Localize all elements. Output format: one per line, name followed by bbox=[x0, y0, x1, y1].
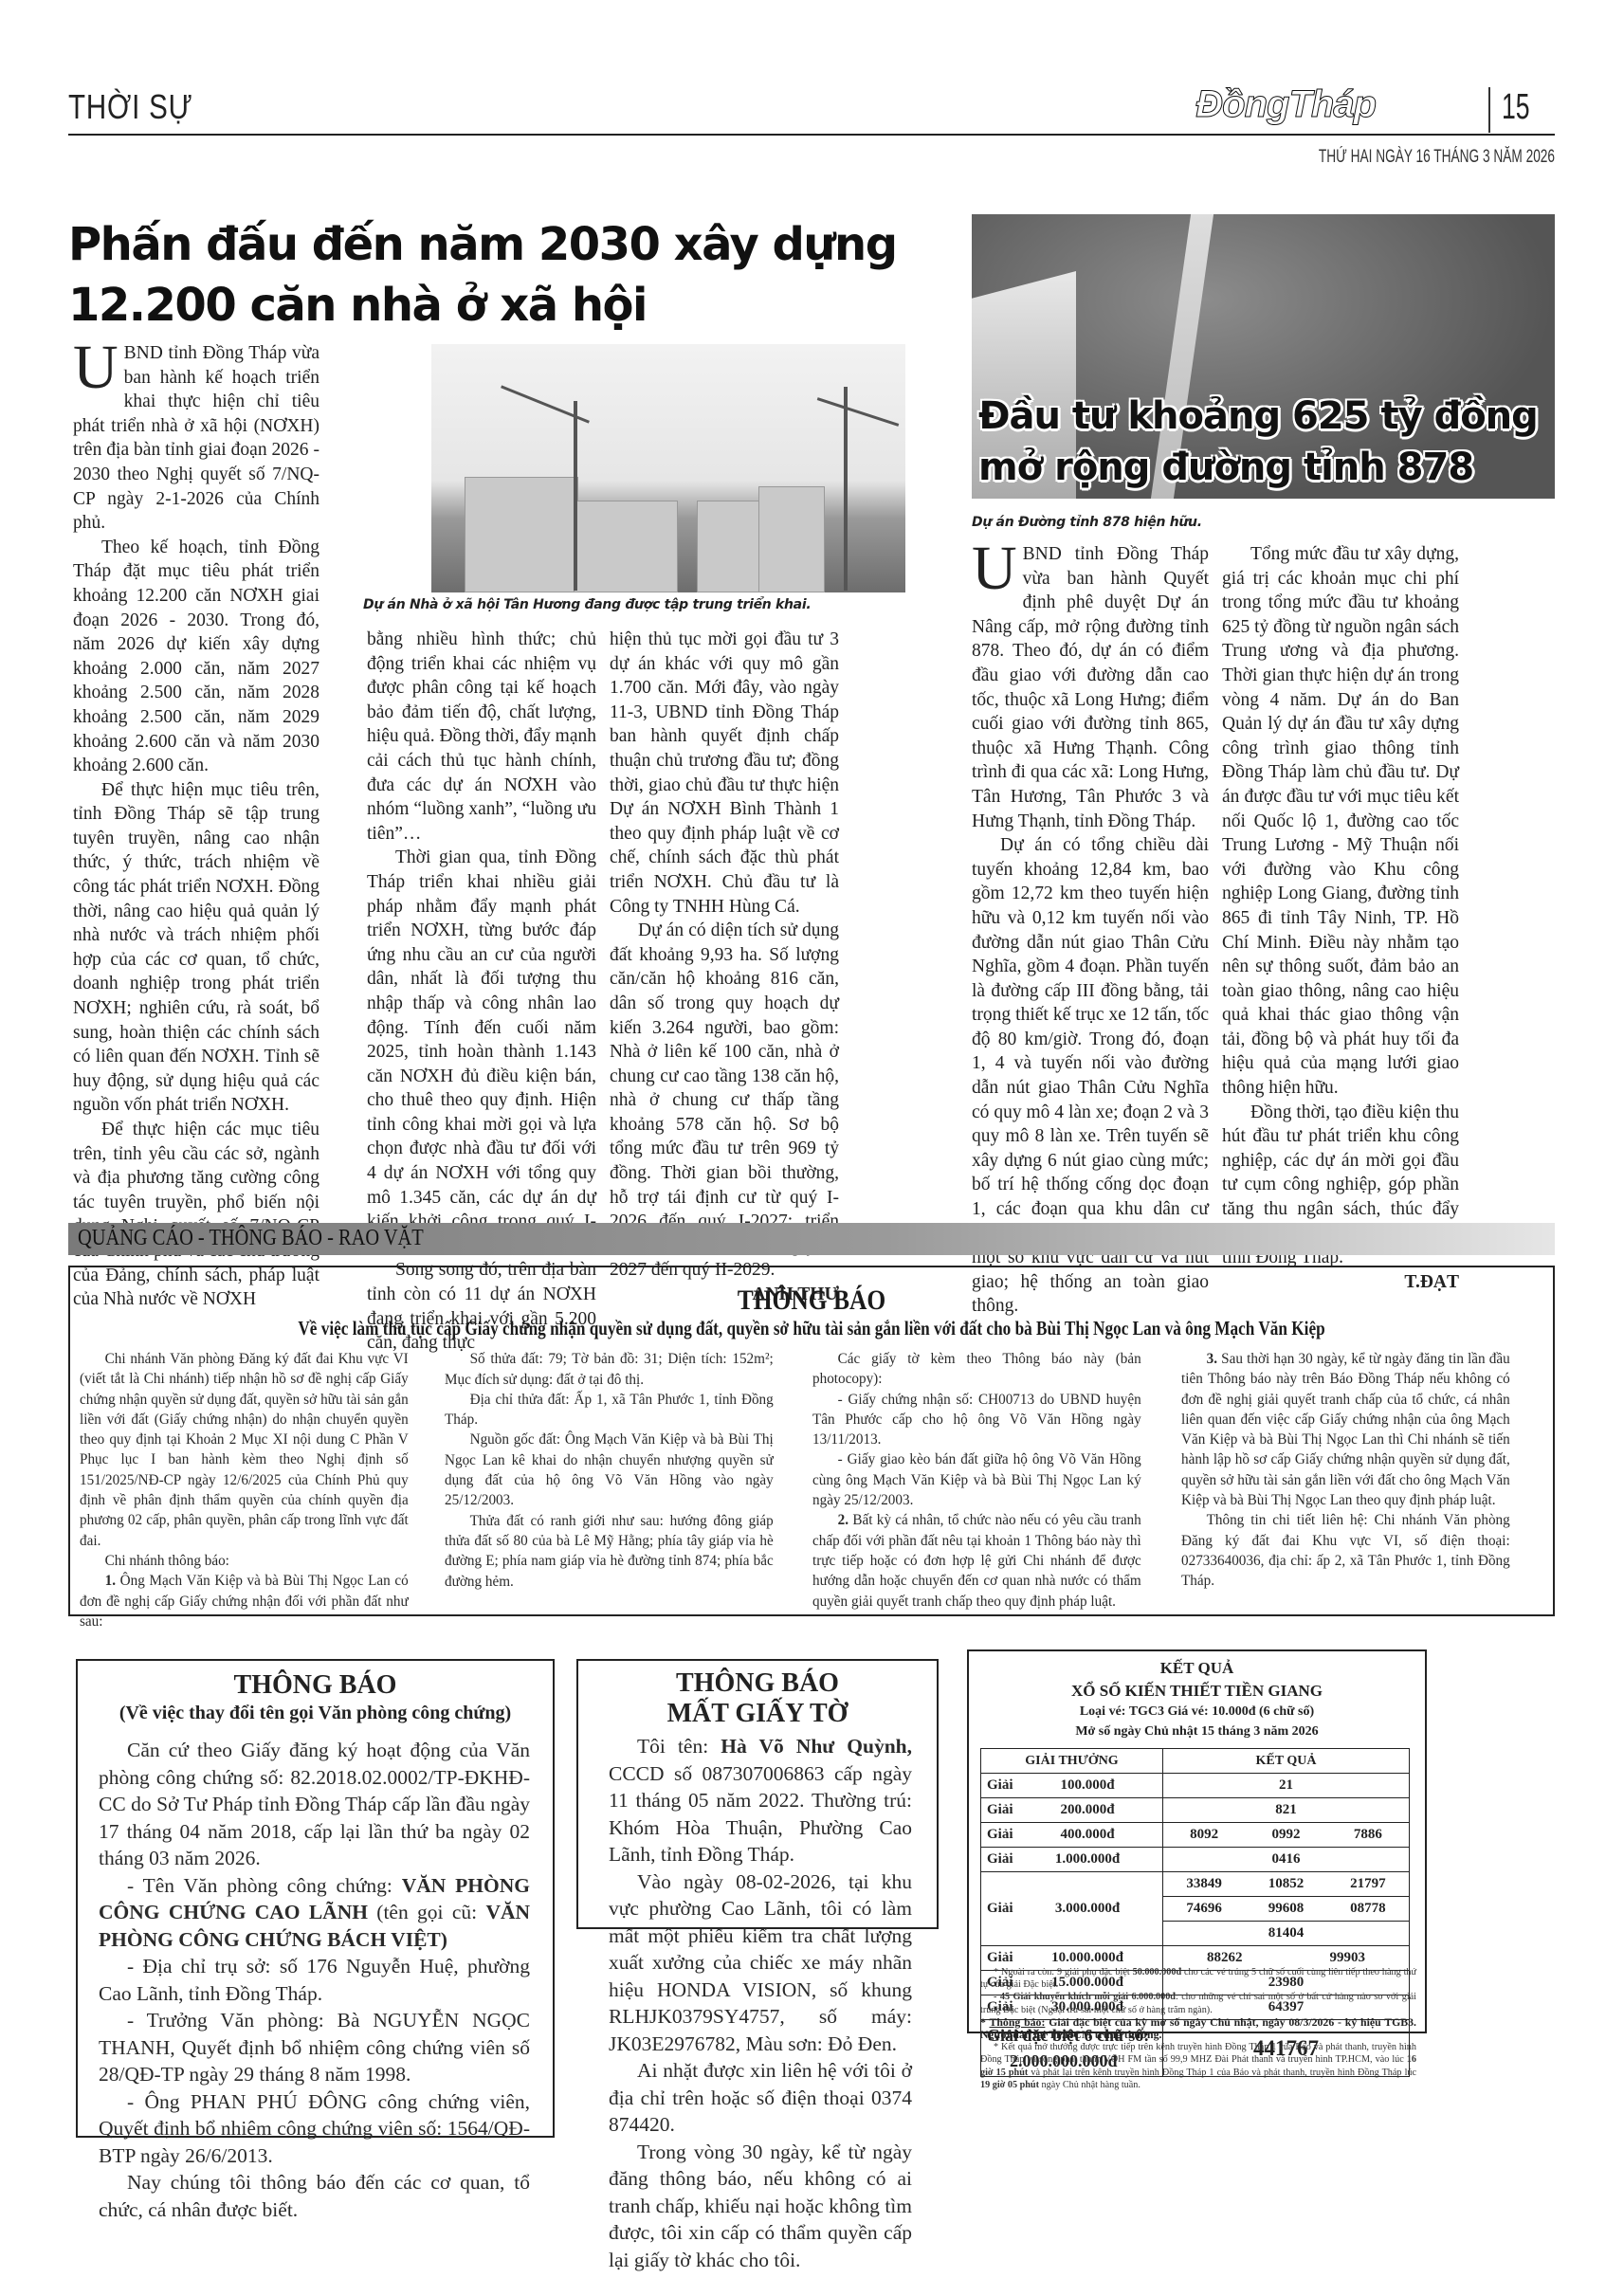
paragraph: - Địa chỉ trụ sở: số 176 Nguyễn Huệ, phư… bbox=[99, 1953, 530, 2007]
note-announcement: * Thông báo: Giải đặc biệt của kỳ mở số … bbox=[980, 2016, 1416, 2041]
paragraph: 2. Bất kỳ cá nhân, tổ chức nào nếu có yê… bbox=[812, 1510, 1141, 1611]
building-shape bbox=[574, 501, 678, 592]
table-row: Giải1.000.000đ 0416 bbox=[981, 1848, 1410, 1872]
paragraph: Nay chúng tôi thông báo đến các cơ quan,… bbox=[99, 2169, 530, 2223]
paragraph: Tổng mức đầu tư xây dựng, giá trị các kh… bbox=[1222, 542, 1459, 1101]
paragraph: Để thực hiện mục tiêu trên, tỉnh Đồng Th… bbox=[73, 778, 319, 1118]
notice-title: THÔNG BÁO bbox=[78, 1670, 553, 1701]
ads-section-label: QUẢNG CÁO - THÔNG BÁO - RAO VẶT bbox=[78, 1226, 424, 1251]
section-label: THỜI SỰ bbox=[68, 87, 193, 127]
crane-arm bbox=[817, 397, 900, 427]
article2-column-1: UBND tỉnh Đồng Tháp vừa ban hành Quyết đ… bbox=[972, 542, 1209, 1319]
notice-column-4: 3. Sau thời hạn 30 ngày, kể từ ngày đăng… bbox=[1181, 1349, 1510, 1592]
notice-title-line2: MẤT GIẤY TỜ bbox=[578, 1699, 937, 1729]
notice-title: THÔNG BÁO bbox=[181, 1285, 1441, 1317]
table-row: Giải3.000.000đ 338491085221797 bbox=[981, 1872, 1410, 1897]
result-number: 08778 bbox=[1350, 1901, 1386, 1917]
result-number: 81404 bbox=[1163, 1922, 1410, 1946]
paragraph: Thời gian qua, tỉnh Đồng Tháp triển khai… bbox=[367, 846, 596, 1258]
issue-date: THỨ HAI NGÀY 16 THÁNG 3 NĂM 2026 bbox=[1319, 147, 1555, 168]
paragraph: hiện thủ tục mời gọi đầu tư 3 dự án khác… bbox=[610, 628, 839, 919]
dropcap: U bbox=[972, 544, 1017, 593]
lottery-results: KẾT QUẢ XỔ SỐ KIẾN THIẾT TIỀN GIANG Loại… bbox=[967, 1649, 1427, 2033]
lottery-ticket-info: Loại vé: TGC3 Giá vé: 10.000đ (6 chữ số) bbox=[969, 1704, 1425, 1720]
notice-land-certificate: THÔNG BÁO Về việc làm thủ tục cấp Giấy c… bbox=[68, 1266, 1555, 1616]
page-number: 15 bbox=[1502, 87, 1530, 128]
paragraph: Địa chỉ thửa đất: Ấp 1, xã Tân Phước 1, … bbox=[445, 1390, 774, 1430]
notice-column-3: Các giấy tờ kèm theo Thông báo này (bản … bbox=[812, 1349, 1141, 1612]
result-number: 10852 bbox=[1268, 1876, 1305, 1892]
notice-subtitle: Về việc làm thủ tục cấp Giấy chứng nhận … bbox=[204, 1317, 1419, 1340]
note: - 45 Giải khuyến khích mỗi giải 6.000.00… bbox=[980, 1991, 1416, 2015]
article1-headline: Phấn đấu đến năm 2030 xây dựng 12.200 că… bbox=[68, 214, 959, 336]
article2-headline: Đầu tư khoảng 625 tỷ đồng mở rộng đường … bbox=[978, 391, 1566, 493]
notice-body: Tôi tên: Hà Võ Như Quỳnh, CCCD số 087307… bbox=[609, 1733, 912, 2273]
paragraph: - Giấy chứng nhận số: CH00713 do UBND hu… bbox=[812, 1390, 1141, 1450]
lottery-subtitle: XỔ SỐ KIẾN THIẾT TIỀN GIANG bbox=[969, 1682, 1425, 1701]
paragraph: - Giấy giao kèo bán đất giữa hộ ông Võ V… bbox=[812, 1449, 1141, 1510]
notice-column-2: . Số thửa đất: 79; Tờ bản đồ: 31; Diện t… bbox=[445, 1329, 774, 1592]
paragraph: Chi nhánh Văn phòng Đăng ký đất đai Khu … bbox=[80, 1349, 409, 1551]
table-row: Giải100.000đ 21 bbox=[981, 1774, 1410, 1798]
paragraph: - Tên Văn phòng công chứng: VĂN PHÒNG CÔ… bbox=[99, 1872, 530, 1954]
masthead-logo: ĐồngTháp bbox=[1195, 83, 1376, 126]
article1-column-1: UBND tỉnh Đồng Tháp vừa ban hành kế hoạc… bbox=[73, 341, 319, 1312]
result-number: 21 bbox=[1163, 1774, 1410, 1798]
paragraph: Số thửa đất: 79; Tờ bản đồ: 31; Diện tíc… bbox=[445, 1349, 774, 1390]
result-number: 21797 bbox=[1350, 1876, 1386, 1892]
article1-photo-caption: Dự án Nhà ở xã hội Tân Hương đang được t… bbox=[363, 597, 811, 612]
result-number: 0416 bbox=[1163, 1848, 1410, 1872]
note: * Kết quả mở thưởng được trực tiếp trên … bbox=[980, 2041, 1416, 2091]
lottery-notes: * Ngoài ra còn: 9 giải phụ đặc biệt 50.0… bbox=[980, 1966, 1416, 2091]
note: * Ngoài ra còn: 9 giải phụ đặc biệt 50.0… bbox=[980, 1966, 1416, 1991]
table-row: Giải400.000đ 809209927886 bbox=[981, 1823, 1410, 1848]
crane-icon bbox=[574, 401, 577, 591]
building-shape bbox=[697, 501, 763, 592]
paragraph: Căn cứ theo Giấy đăng ký hoạt động của V… bbox=[99, 1737, 530, 1872]
dropcap: U bbox=[73, 343, 119, 392]
table-row: Giải200.000đ 821 bbox=[981, 1798, 1410, 1823]
article2-lead: UBND tỉnh Đồng Tháp vừa ban hành Quyết đ… bbox=[972, 542, 1209, 833]
paragraph: bằng nhiều hình thức; chủ động triển kha… bbox=[367, 628, 596, 846]
notice-lost-document: THÔNG BÁO MẤT GIẤY TỜ Tôi tên: Hà Võ Như… bbox=[576, 1659, 939, 1929]
lottery-draw-date: Mở số ngày Chủ nhật 15 tháng 3 năm 2026 bbox=[969, 1724, 1425, 1740]
result-number: 0992 bbox=[1271, 1827, 1300, 1843]
result-number: 33849 bbox=[1186, 1876, 1222, 1892]
article2-photo-caption: Dự án Đường tỉnh 878 hiện hữu. bbox=[972, 515, 1202, 530]
paragraph: Theo kế hoạch, tỉnh Đồng Tháp đặt mục ti… bbox=[73, 536, 319, 778]
result-number: 88262 bbox=[1207, 1950, 1243, 1966]
crane-icon bbox=[844, 387, 848, 591]
lottery-title: KẾT QUẢ bbox=[969, 1659, 1425, 1678]
article2-column-2: Tổng mức đầu tư xây dựng, giá trị các kh… bbox=[1222, 542, 1459, 1294]
notice-body: Căn cứ theo Giấy đăng ký hoạt động của V… bbox=[99, 1737, 530, 2223]
paragraph: - Ông PHAN PHÚ ĐÔNG công chứng viên, Quy… bbox=[99, 2088, 530, 2170]
header-rule bbox=[68, 134, 1555, 136]
notice-title: THÔNG BÁO bbox=[578, 1668, 937, 1699]
article1-photo bbox=[431, 344, 905, 592]
notice-column-1: Chi nhánh Văn phòng Đăng ký đất đai Khu … bbox=[80, 1349, 409, 1631]
masthead-divider bbox=[1488, 87, 1490, 133]
result-number: 7886 bbox=[1354, 1827, 1382, 1843]
result-number: 821 bbox=[1163, 1798, 1410, 1823]
table-header: GIẢI THƯỞNG KẾT QUẢ bbox=[981, 1749, 1410, 1774]
column-header-prize: GIẢI THƯỞNG bbox=[981, 1749, 1163, 1774]
notice-notary-rename: THÔNG BÁO (Về việc thay đổi tên gọi Văn … bbox=[76, 1659, 555, 2138]
paragraph: Trong vòng 30 ngày, kể từ ngày đăng thôn… bbox=[609, 2139, 912, 2274]
ads-section-band: QUẢNG CÁO - THÔNG BÁO - RAO VẶT bbox=[68, 1223, 1555, 1255]
paragraph: Nguồn gốc đất: Ông Mạch Văn Kiệp và bà B… bbox=[445, 1430, 774, 1510]
column-header-result: KẾT QUẢ bbox=[1163, 1749, 1410, 1774]
paragraph: Ai nhặt được xin liên hệ với tôi ở địa c… bbox=[609, 2057, 912, 2139]
paragraph: Chi nhánh thông báo: bbox=[80, 1551, 409, 1571]
paragraph: 3. Sau thời hạn 30 ngày, kể từ ngày đăng… bbox=[1181, 1349, 1510, 1510]
article1-column-3: hiện thủ tục mời gọi đầu tư 3 dự án khác… bbox=[610, 628, 839, 1307]
result-number: 99608 bbox=[1268, 1901, 1305, 1917]
building-shape bbox=[758, 486, 825, 592]
notice-subtitle: (Về việc thay đổi tên gọi Văn phòng công… bbox=[78, 1703, 553, 1724]
paragraph: Các giấy tờ kèm theo Thông báo này (bản … bbox=[812, 1349, 1141, 1390]
paragraph: 1. Ông Mạch Văn Kiệp và bà Bùi Thị Ngọc … bbox=[80, 1571, 409, 1631]
result-number: 8092 bbox=[1190, 1827, 1218, 1843]
result-number: 99903 bbox=[1330, 1950, 1366, 1966]
result-number: 74696 bbox=[1186, 1901, 1222, 1917]
paragraph: Thửa đất có ranh giới như sau: hướng đôn… bbox=[445, 1511, 774, 1592]
paragraph: Thông tin chi tiết liên hệ: Chi nhánh Vă… bbox=[1181, 1510, 1510, 1591]
paragraph: Tôi tên: Hà Võ Như Quỳnh, CCCD số 087307… bbox=[609, 1733, 912, 1868]
building-shape bbox=[465, 477, 578, 592]
article1-lead: UBND tỉnh Đồng Tháp vừa ban hành kế hoạc… bbox=[73, 341, 319, 536]
paragraph: - Trưởng Văn phòng: Bà NGUYỄN NGỌC THANH… bbox=[99, 2007, 530, 2088]
paragraph: Vào ngày 08-02-2026, tại khu vực phường … bbox=[609, 1868, 912, 2058]
